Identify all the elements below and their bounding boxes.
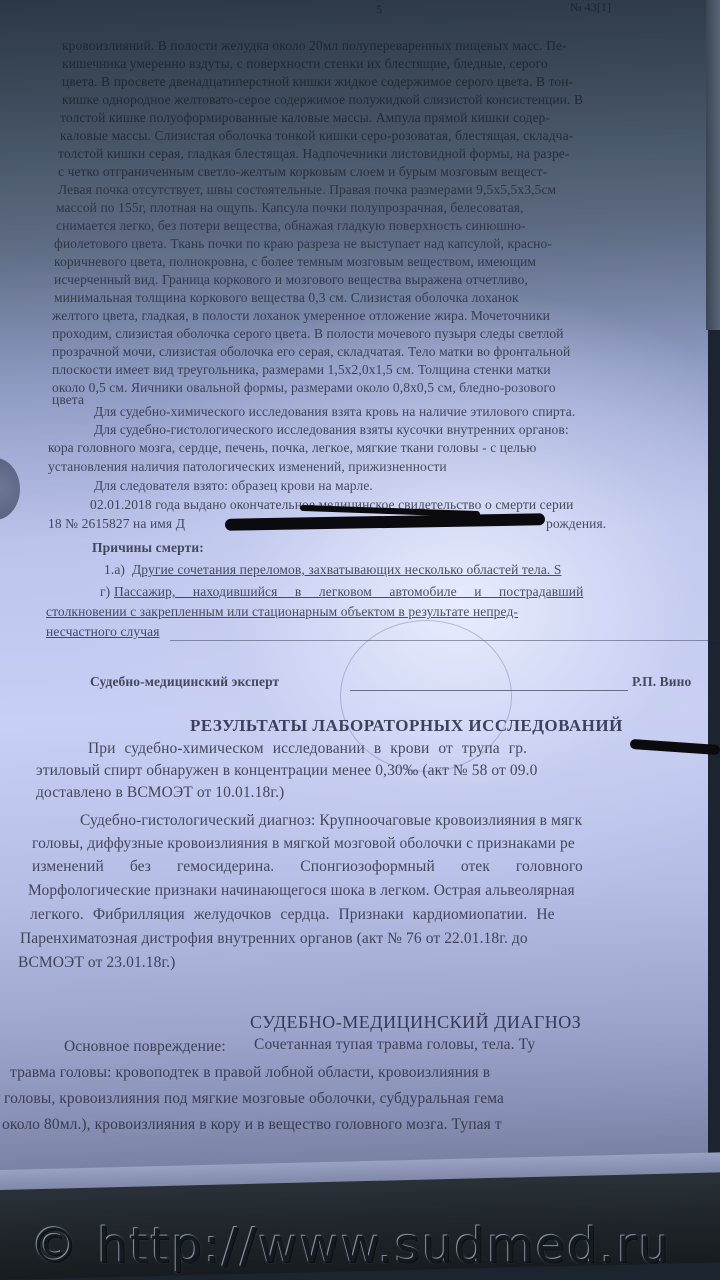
body-line: проходим, слизистая оболочка серого цвет… (52, 326, 564, 342)
redaction-mark (630, 739, 720, 755)
body-line: прозрачной мочи, слизистая оболочка его … (52, 344, 570, 360)
sample-chem: Для судебно-химического исследования взя… (94, 404, 575, 420)
body-line: фиолетового цвета. Ткань почки по краю р… (54, 236, 552, 252)
sample-histo-3: установления наличия патологических изме… (48, 459, 447, 475)
watermark: © http://www.sudmed.ru (30, 1218, 671, 1274)
body-line: плоскости имеет вид треугольника, размер… (52, 362, 551, 378)
lab-histo-5: легкого. Фибрилляция желудочков сердца. … (30, 906, 555, 924)
diagnosis-title: СУДЕБНО-МЕДИЦИНСКИЙ ДИАГНОЗ (250, 1012, 581, 1033)
cause-g-3: несчастного случая (46, 624, 160, 640)
body-line: исчерченный вид. Граница коркового и моз… (54, 272, 528, 288)
body-line: коричневого цвета, полнокровна, с более … (54, 254, 536, 270)
diagnosis-line-3: головы, кровоизлияния под мягкие мозговы… (4, 1090, 504, 1108)
lab-chem-3: доставлено в ВСМОЭТ от 10.01.18г.) (36, 784, 284, 802)
lab-histo-4: Морфологические признаки начинающегося ш… (28, 882, 575, 900)
body-line: около 0,5 см. Яичники овальной формы, ра… (52, 380, 556, 396)
certificate-line-2b: рождения. (546, 516, 606, 532)
signature-role: Судебно-медицинский эксперт (90, 674, 279, 690)
body-line: кровоизлияний. В полости желудка около 2… (62, 38, 567, 54)
body-line: цвета (52, 392, 84, 408)
body-line: кишке однородное желтовато-серое содержи… (62, 92, 583, 108)
cause-g-2: столкновении с закрепленным или стациона… (46, 604, 518, 620)
cause-a: Другие сочетания переломов, захватывающи… (132, 562, 562, 578)
causes-heading: Причины смерти: (92, 540, 204, 556)
body-line: толстой кишке полуоформированные каловые… (60, 110, 550, 126)
body-line: с четко отграниченным светло-желтым корк… (58, 164, 547, 180)
body-line: массой по 155г, плотная на ощупь. Капсул… (56, 200, 524, 216)
lab-histo-1: Судебно-гистологический диагноз: Крупноо… (80, 812, 582, 830)
body-line: снимается легко, без потери вещества, об… (56, 218, 526, 234)
redaction-mark (225, 513, 545, 531)
body-line: толстой кишки серая, гладкая блестящая. … (58, 146, 569, 162)
cause-a-prefix: 1.а) (104, 562, 125, 578)
body-line: минимальная толщина коркового вещества 0… (54, 290, 519, 306)
diagnosis-line-4: около 80мл.), кровоизлияния в кору и в в… (2, 1116, 502, 1134)
lab-histo-2: головы, диффузные кровоизлияния в мягкой… (32, 835, 575, 853)
body-line: кишечника умеренно вздуты, с поверхности… (62, 56, 548, 72)
lab-results-title: РЕЗУЛЬТАТЫ ЛАБОРАТОРНЫХ ИССЛЕДОВАНИЙ (190, 716, 623, 736)
cause-g-prefix: г) (100, 584, 110, 600)
lab-histo-7: ВСМОЭТ от 23.01.18г.) (18, 954, 175, 972)
lab-chem-1: При судебно-химическом исследовании в кр… (88, 740, 527, 758)
certificate-line-2a: 18 № 2615827 на имя Д (48, 516, 185, 532)
diagnosis-line-1: Сочетанная тупая травма головы, тела. Ту (254, 1036, 535, 1054)
signature-name: Р.П. Вино (632, 674, 691, 690)
sample-histo-2: кора головного мозга, сердце, печень, по… (48, 440, 536, 456)
sample-histo-1: Для судебно-гистологического исследовани… (94, 422, 569, 438)
body-line: каловые массы. Слизистая оболочка тонкой… (60, 128, 573, 144)
document-content: 5 № 43[1] кровоизлияний. В полости желуд… (0, 0, 720, 1180)
diagnosis-label: Основное повреждение: (64, 1038, 226, 1056)
page-marker: 5 (376, 2, 382, 17)
lab-histo-3: изменений без гемосидерина. Спонгиозофор… (32, 858, 583, 876)
diagnosis-line-2: травма головы: кровоподтек в правой лобн… (10, 1064, 490, 1082)
cause-g-1: Пассажир, находившийся в легковом автомо… (114, 584, 583, 600)
body-line: Левая почка отсутствует, швы состоятельн… (58, 182, 556, 198)
lab-chem-2: этиловый спирт обнаружен в концентрации … (36, 762, 537, 780)
body-line: цвета. В просвете двенадцатиперстной киш… (62, 74, 573, 90)
body-line: желтого цвета, гладкая, в полости лохано… (52, 308, 550, 324)
doc-number: № 43[1] (570, 0, 611, 15)
sample-investigator: Для следователя взято: образец крови на … (94, 478, 373, 494)
lab-histo-6: Паренхиматозная дистрофия внутренних орг… (20, 930, 528, 948)
